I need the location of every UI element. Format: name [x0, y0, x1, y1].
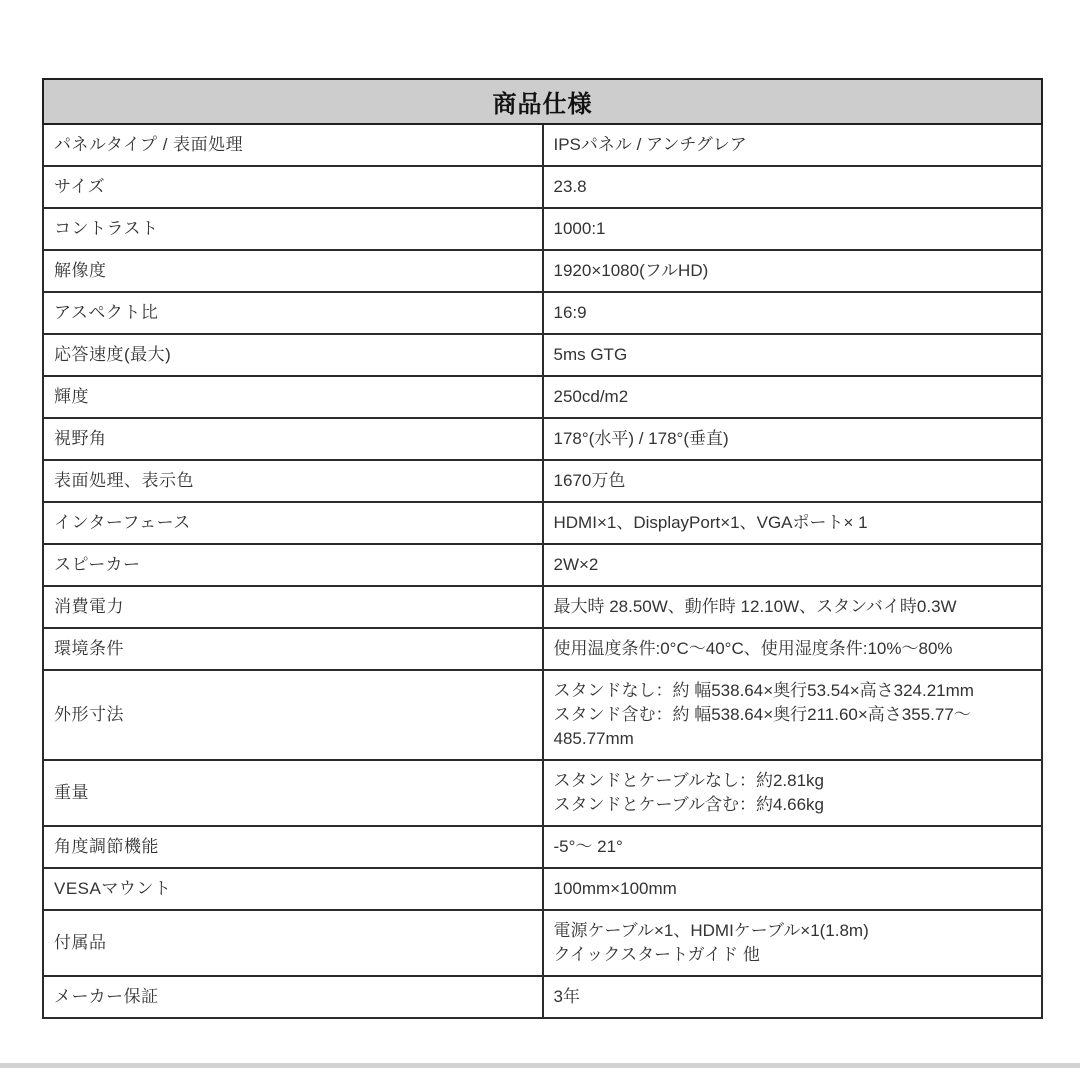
spec-row: 応答速度(最大)5ms GTG	[43, 334, 1042, 376]
spec-value: 使用温度条件:0°C～40°C、使用湿度条件:10%～80%	[543, 628, 1043, 670]
spec-row: コントラスト1000:1	[43, 208, 1042, 250]
spec-value: 2W×2	[543, 544, 1043, 586]
spec-table: 商品仕様 パネルタイプ / 表面処理IPSパネル / アンチグレアサイズ23.8…	[42, 78, 1043, 1019]
spec-value: 250cd/m2	[543, 376, 1043, 418]
spec-label: 視野角	[43, 418, 543, 460]
spec-value: 電源ケーブル×1、HDMIケーブル×1(1.8m) クイックスタートガイド 他	[543, 910, 1043, 976]
spec-table-title: 商品仕様	[43, 79, 1042, 124]
spec-label: 外形寸法	[43, 670, 543, 760]
spec-value: スタンドとケーブルなし：約2.81kg スタンドとケーブル含む：約4.66kg	[543, 760, 1043, 826]
spec-row: 表面処理、表示色1670万色	[43, 460, 1042, 502]
spec-label: 解像度	[43, 250, 543, 292]
spec-label: サイズ	[43, 166, 543, 208]
spec-row: 輝度250cd/m2	[43, 376, 1042, 418]
spec-label: コントラスト	[43, 208, 543, 250]
spec-row: 消費電力最大時 28.50W、動作時 12.10W、スタンバイ時0.3W	[43, 586, 1042, 628]
spec-row: スピーカー2W×2	[43, 544, 1042, 586]
spec-label: 消費電力	[43, 586, 543, 628]
spec-row: 角度調節機能-5°～ 21°	[43, 826, 1042, 868]
spec-value: 23.8	[543, 166, 1043, 208]
spec-row: VESAマウント100mm×100mm	[43, 868, 1042, 910]
spec-row: パネルタイプ / 表面処理IPSパネル / アンチグレア	[43, 124, 1042, 166]
spec-value: -5°～ 21°	[543, 826, 1043, 868]
spec-row: インターフェースHDMI×1、DisplayPort×1、VGAポート× 1	[43, 502, 1042, 544]
spec-label: パネルタイプ / 表面処理	[43, 124, 543, 166]
spec-label: VESAマウント	[43, 868, 543, 910]
spec-label: 環境条件	[43, 628, 543, 670]
spec-row: 重量スタンドとケーブルなし：約2.81kg スタンドとケーブル含む：約4.66k…	[43, 760, 1042, 826]
spec-value: 3年	[543, 976, 1043, 1018]
spec-label: 応答速度(最大)	[43, 334, 543, 376]
spec-row: 付属品電源ケーブル×1、HDMIケーブル×1(1.8m) クイックスタートガイド…	[43, 910, 1042, 976]
spec-label: 付属品	[43, 910, 543, 976]
spec-label: 表面処理、表示色	[43, 460, 543, 502]
spec-table-header-row: 商品仕様	[43, 79, 1042, 124]
spec-value: スタンドなし：約 幅538.64×奥行53.54×高さ324.21mm スタンド…	[543, 670, 1043, 760]
spec-label: メーカー保証	[43, 976, 543, 1018]
spec-row: 環境条件使用温度条件:0°C～40°C、使用湿度条件:10%～80%	[43, 628, 1042, 670]
spec-value: 5ms GTG	[543, 334, 1043, 376]
spec-label: アスペクト比	[43, 292, 543, 334]
spec-value: 16:9	[543, 292, 1043, 334]
spec-value: 1000:1	[543, 208, 1043, 250]
spec-label: 角度調節機能	[43, 826, 543, 868]
bottom-edge-bar	[0, 1063, 1080, 1068]
spec-label: 輝度	[43, 376, 543, 418]
spec-row: 視野角178°(水平) / 178°(垂直)	[43, 418, 1042, 460]
spec-value: 1920×1080(フルHD)	[543, 250, 1043, 292]
spec-value: 100mm×100mm	[543, 868, 1043, 910]
spec-table-body: パネルタイプ / 表面処理IPSパネル / アンチグレアサイズ23.8コントラス…	[43, 124, 1042, 1018]
page: 商品仕様 パネルタイプ / 表面処理IPSパネル / アンチグレアサイズ23.8…	[0, 0, 1080, 1071]
spec-label: 重量	[43, 760, 543, 826]
spec-value: 最大時 28.50W、動作時 12.10W、スタンバイ時0.3W	[543, 586, 1043, 628]
spec-label: インターフェース	[43, 502, 543, 544]
spec-row: 解像度1920×1080(フルHD)	[43, 250, 1042, 292]
spec-row: メーカー保証3年	[43, 976, 1042, 1018]
spec-row: 外形寸法スタンドなし：約 幅538.64×奥行53.54×高さ324.21mm …	[43, 670, 1042, 760]
spec-value: 1670万色	[543, 460, 1043, 502]
spec-value: 178°(水平) / 178°(垂直)	[543, 418, 1043, 460]
spec-value: HDMI×1、DisplayPort×1、VGAポート× 1	[543, 502, 1043, 544]
spec-row: サイズ23.8	[43, 166, 1042, 208]
spec-value: IPSパネル / アンチグレア	[543, 124, 1043, 166]
spec-row: アスペクト比16:9	[43, 292, 1042, 334]
spec-label: スピーカー	[43, 544, 543, 586]
spec-table-container: 商品仕様 パネルタイプ / 表面処理IPSパネル / アンチグレアサイズ23.8…	[42, 78, 1043, 1019]
